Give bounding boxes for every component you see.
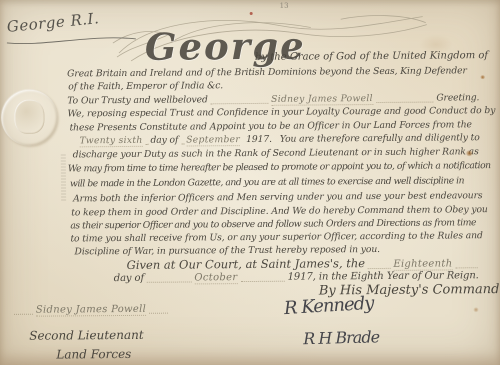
- commission-year: 1917.: [246, 134, 272, 145]
- body-line-2: these Presents Constitute and Appoint yo…: [70, 119, 472, 133]
- given-text: Given at Our Court, at Saint James's, th…: [127, 256, 366, 272]
- foxing-stain: [466, 150, 473, 156]
- dotted-leader: [147, 280, 191, 282]
- royal-signature-underline: [5, 33, 139, 48]
- signature-first: R Kennedy: [283, 293, 374, 319]
- greeting-text: Greeting.: [436, 92, 479, 103]
- given-day-entry: Eighteenth: [393, 258, 452, 270]
- footer-service: Land Forces: [56, 347, 131, 362]
- body-line-4: discharge your Duty as such in the Rank …: [73, 146, 479, 160]
- title-continuation: by the Grace of God of the United Kingdo…: [255, 50, 488, 63]
- commission-document: George R.I. 13 George by the Grace of Go…: [0, 0, 500, 365]
- body-line-10: to time you shall receive from Us, or an…: [70, 230, 482, 244]
- footer-name-line: Sidney James Powell: [11, 304, 171, 317]
- page-number-mark: 13: [280, 2, 289, 10]
- commission-month-entry: September: [186, 134, 240, 146]
- signature-second: R H Brade: [303, 327, 379, 348]
- body-line-1: We, reposing especial Trust and Confiden…: [67, 105, 495, 119]
- dotted-leader: [146, 143, 148, 145]
- footer-recipient-name: Sidney James Powell: [36, 304, 146, 317]
- dotted-leader: [376, 101, 433, 103]
- year-and-reign-text: 1917, in the Eighth Year of Our Reign.: [288, 270, 479, 283]
- body-line-3: You are therefore carefully and diligent…: [280, 132, 480, 145]
- dotted-leader: [181, 143, 183, 145]
- preamble-line-2: of the Faith, Emperor of India &c.: [68, 80, 223, 92]
- document-sheet: George R.I. 13 George by the Grace of Go…: [0, 0, 500, 365]
- foxing-stain: [480, 75, 485, 79]
- body-line-8: to keep them in good Order and Disciplin…: [71, 204, 488, 218]
- day-of-label-2: day of: [114, 273, 144, 284]
- dotted-leader: [455, 266, 477, 268]
- body-line-6: will be made in the London Gazette, and …: [70, 175, 464, 189]
- seal-crest: [14, 100, 44, 134]
- preamble-line-1: Great Britain and Ireland and of the Bri…: [67, 65, 467, 79]
- dotted-leader: [149, 312, 168, 314]
- body-line-7: Arms both the inferior Officers and Men …: [73, 190, 482, 204]
- salutation-text: To Our Trusty and wellbeloved: [67, 94, 207, 106]
- dotted-leader: [368, 267, 390, 269]
- commission-day-entry: Twenty sixth: [80, 135, 143, 147]
- body-line-5: We may from time to time hereafter be pl…: [68, 160, 491, 174]
- red-ink-speck: [250, 12, 253, 15]
- body-line-9: as their superior Officer and you to obs…: [70, 217, 476, 231]
- dotted-leader: [211, 102, 268, 104]
- royal-signature: George R.I.: [6, 9, 100, 36]
- recipient-name-entry: Sidney James Powell: [271, 93, 373, 106]
- foxing-stain: [473, 307, 479, 312]
- dotted-leader: [240, 280, 284, 282]
- engraver-imprint-mark: [61, 154, 66, 200]
- embossed-royal-seal: [1, 90, 57, 146]
- dotted-leader: [14, 313, 33, 315]
- given-month-entry: October: [194, 272, 237, 284]
- commission-date-line: Twenty sixth day of September 1917. You …: [80, 132, 480, 147]
- day-of-label: day of: [150, 135, 178, 146]
- footer-rank: Second Lieutenant: [29, 328, 144, 343]
